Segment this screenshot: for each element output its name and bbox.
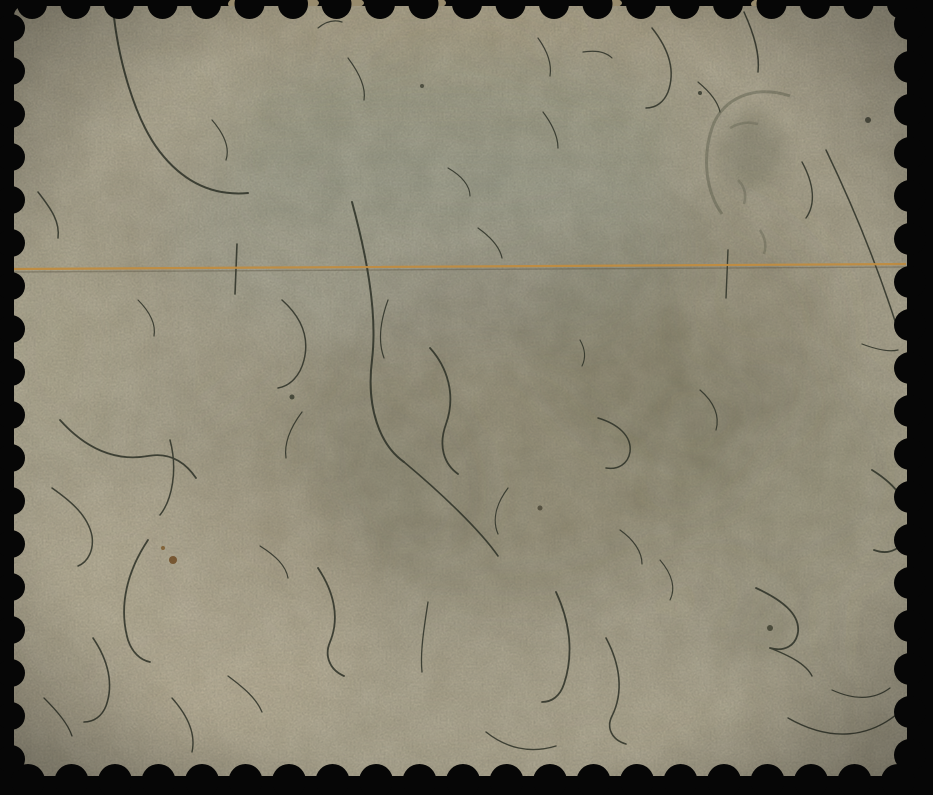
perforation-hole [894,653,926,685]
perforation-hole [894,395,926,427]
perforation-hole [894,223,926,255]
perforation-hole [894,524,926,556]
stamp-image-canvas [0,0,933,795]
perforation-hole [894,51,926,83]
vignette [14,6,907,776]
perforation-hole [894,739,926,771]
perforation-hole [894,180,926,212]
perforation-hole [894,438,926,470]
perforation-hole [894,696,926,728]
perforation-hole [894,8,926,40]
perforation-hole [894,352,926,384]
perforation-hole [894,309,926,341]
perforation-hole [894,94,926,126]
perforation-hole [894,481,926,513]
perforation-hole [894,137,926,169]
stamp-photo [0,0,933,795]
perforation-hole [894,567,926,599]
stamp-paper [0,0,925,782]
perforation-hole [894,610,926,642]
perforation-hole [894,266,926,298]
